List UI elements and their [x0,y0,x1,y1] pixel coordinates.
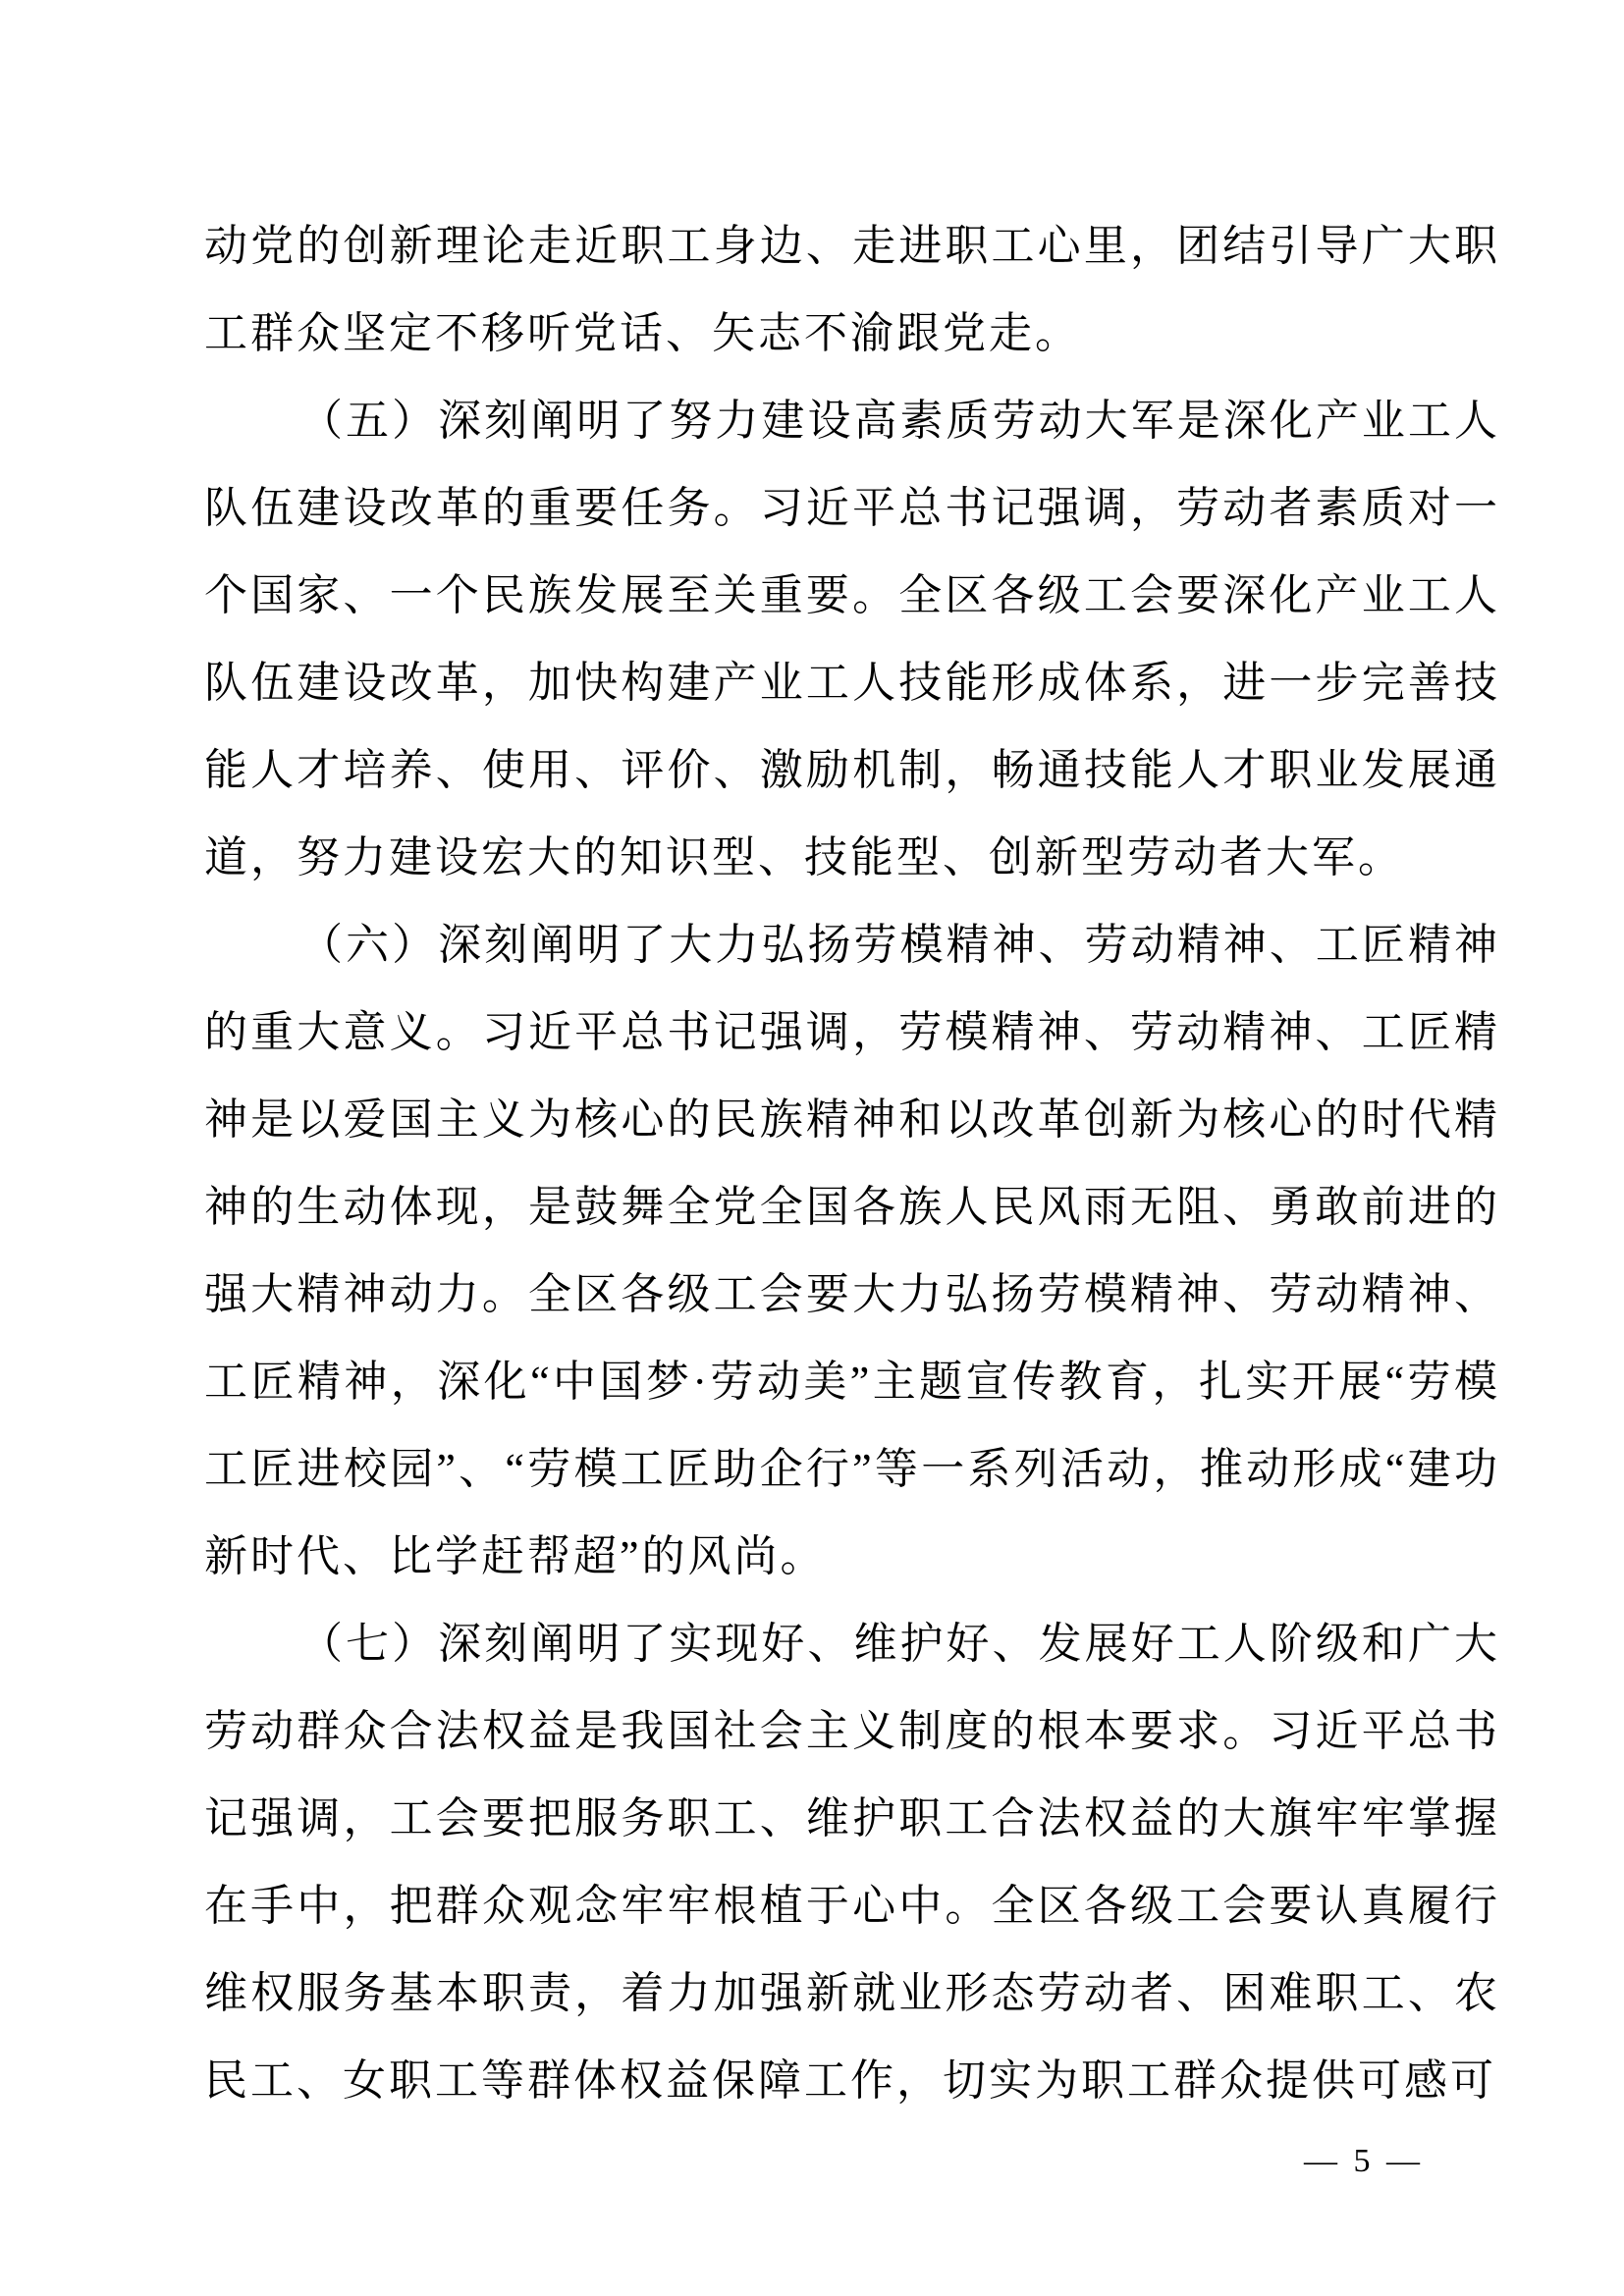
paragraph: 动党的创新理论走近职工身边、走进职工心里，团结引导广大职工群众坚定不移听党话、矢… [204,202,1500,377]
document-body: 动党的创新理论走近职工身边、走进职工心里，团结引导广大职工群众坚定不移听党话、矢… [204,202,1500,2124]
paragraph: （六）深刻阐明了大力弘扬劳模精神、劳动精神、工匠精神的重大意义。习近平总书记强调… [204,901,1500,1600]
page-footer: — 5 — [1304,2143,1424,2180]
paragraph: （五）深刻阐明了努力建设高素质劳动大军是深化产业工人队伍建设改革的重要任务。习近… [204,377,1500,901]
document-page: 动党的创新理论走近职工身边、走进职工心里，团结引导广大职工群众坚定不移听党话、矢… [0,0,1624,2296]
page-number: — 5 — [1304,2143,1424,2179]
paragraph: （七）深刻阐明了实现好、维护好、发展好工人阶级和广大劳动群众合法权益是我国社会主… [204,1600,1500,2124]
